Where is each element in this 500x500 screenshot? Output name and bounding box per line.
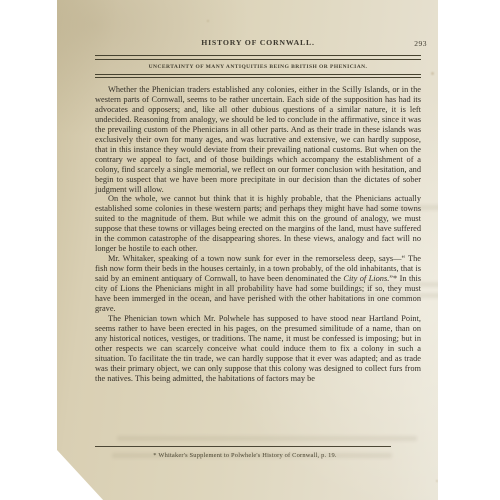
paragraph-1-text: Whether the Phenician traders establishe… bbox=[95, 85, 421, 194]
paragraph-2-text: On the whole, we cannot but think that i… bbox=[95, 194, 421, 253]
bleed-through-smudge bbox=[207, 205, 447, 210]
bleed-through-smudge bbox=[112, 453, 392, 458]
page-number: 293 bbox=[414, 39, 427, 48]
foxing-spot bbox=[207, 20, 209, 22]
section-heading: UNCERTAINTY OF MANY ANTIQUITIES BEING BR… bbox=[95, 64, 421, 70]
foxing-spot bbox=[431, 72, 434, 75]
bleed-through-smudge bbox=[157, 293, 447, 298]
double-rule-bottom bbox=[95, 74, 421, 79]
paragraph-2: On the whole, we cannot but think that i… bbox=[95, 194, 421, 254]
body-text: Whether the Phenician traders establishe… bbox=[95, 85, 421, 384]
footnote-rule bbox=[95, 446, 391, 447]
foxing-spot bbox=[436, 480, 438, 482]
book-page: HISTORY OF CORNWALL. 293 UNCERTAINTY OF … bbox=[57, 0, 438, 500]
bleed-through-smudge bbox=[197, 282, 457, 287]
paragraph-4: The Phenician town which Mr. Polwhele ha… bbox=[95, 314, 421, 384]
bleed-through-smudge bbox=[117, 436, 417, 441]
paragraph-1: Whether the Phenician traders establishe… bbox=[95, 85, 421, 194]
page-header-title: HISTORY OF CORNWALL. bbox=[95, 38, 421, 47]
paragraph-4-text: The Phenician town which Mr. Polwhele ha… bbox=[95, 314, 421, 383]
double-rule-top bbox=[95, 55, 421, 60]
running-head: HISTORY OF CORNWALL. 293 bbox=[95, 38, 421, 49]
